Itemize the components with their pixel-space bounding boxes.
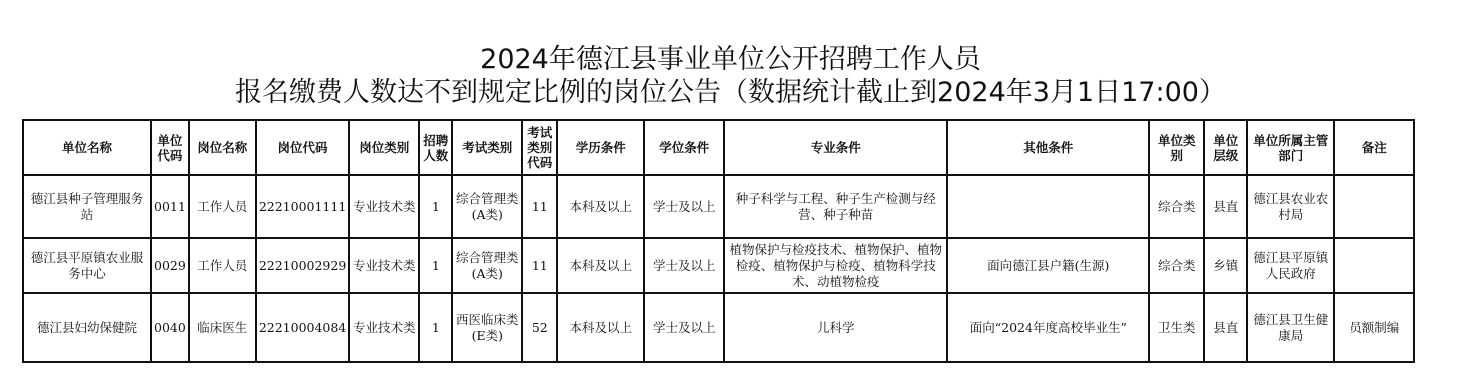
cell-post-name: 临床医生 xyxy=(189,293,256,362)
table-header-row: 单位名称 单位代码 岗位名称 岗位代码 岗位类别 招聘人数 考试类别 考试类别代… xyxy=(23,120,1414,175)
cell-education: 本科及以上 xyxy=(557,293,644,362)
cell-post-type: 专业技术类 xyxy=(349,293,419,362)
header-post-code: 岗位代码 xyxy=(256,120,349,175)
header-unit-code: 单位代码 xyxy=(151,120,189,175)
cell-unit-category: 综合类 xyxy=(1149,238,1204,293)
cell-unit-name: 德江县平原镇农业服务中心 xyxy=(23,238,151,293)
cell-department: 德江县农业农村局 xyxy=(1247,175,1334,238)
cell-major: 植物保护与检疫技术、植物保护、植物检疫、植物保护与检疫、植物科学技术、动植物检疫 xyxy=(724,238,947,293)
cell-remarks xyxy=(1334,175,1414,238)
header-exam-type-code: 考试类别代码 xyxy=(522,120,557,175)
cell-remarks xyxy=(1334,238,1414,293)
cell-unit-category: 卫生类 xyxy=(1149,293,1204,362)
header-hiring-count: 招聘人数 xyxy=(419,120,452,175)
header-post-name: 岗位名称 xyxy=(189,120,256,175)
header-department: 单位所属主管部门 xyxy=(1247,120,1334,175)
cell-other xyxy=(947,175,1149,238)
cell-post-name: 工作人员 xyxy=(189,238,256,293)
cell-degree: 学士及以上 xyxy=(644,238,724,293)
cell-unit-code: 0011 xyxy=(151,175,189,238)
cell-unit-level: 乡镇 xyxy=(1204,238,1247,293)
table-row: 德江县妇幼保健院 0040 临床医生 22210004084 专业技术类 1 西… xyxy=(23,293,1414,362)
cell-post-code: 22210001111 xyxy=(256,175,349,238)
header-remarks: 备注 xyxy=(1334,120,1414,175)
cell-hiring-count: 1 xyxy=(419,293,452,362)
cell-department: 德江县平原镇人民政府 xyxy=(1247,238,1334,293)
cell-major: 种子科学与工程、种子生产检测与经营、种子种苗 xyxy=(724,175,947,238)
header-major: 专业条件 xyxy=(724,120,947,175)
table-row: 德江县种子管理服务站 0011 工作人员 22210001111 专业技术类 1… xyxy=(23,175,1414,238)
cell-hiring-count: 1 xyxy=(419,175,452,238)
header-unit-level: 单位层级 xyxy=(1204,120,1247,175)
cell-exam-type: 综合管理类(A类) xyxy=(452,175,522,238)
cell-hiring-count: 1 xyxy=(419,238,452,293)
cell-post-code: 22210002929 xyxy=(256,238,349,293)
cell-degree: 学士及以上 xyxy=(644,175,724,238)
cell-other: 面向德江县户籍(生源) xyxy=(947,238,1149,293)
cell-exam-type: 综合管理类(A类) xyxy=(452,238,522,293)
header-exam-type: 考试类别 xyxy=(452,120,522,175)
cell-exam-type-code: 11 xyxy=(522,175,557,238)
cell-post-code: 22210004084 xyxy=(256,293,349,362)
header-unit-name: 单位名称 xyxy=(23,120,151,175)
header-degree: 学位条件 xyxy=(644,120,724,175)
cell-post-type: 专业技术类 xyxy=(349,175,419,238)
cell-major: 儿科学 xyxy=(724,293,947,362)
cell-exam-type-code: 11 xyxy=(522,238,557,293)
header-post-type: 岗位类别 xyxy=(349,120,419,175)
page-title-line1: 2024年德江县事业单位公开招聘工作人员 xyxy=(0,44,1461,76)
cell-unit-category: 综合类 xyxy=(1149,175,1204,238)
header-unit-category: 单位类别 xyxy=(1149,120,1204,175)
cell-department: 德江县卫生健康局 xyxy=(1247,293,1334,362)
cell-post-type: 专业技术类 xyxy=(349,238,419,293)
cell-degree: 学士及以上 xyxy=(644,293,724,362)
cell-remarks: 员额制编 xyxy=(1334,293,1414,362)
cell-exam-type-code: 52 xyxy=(522,293,557,362)
cell-unit-level: 县直 xyxy=(1204,175,1247,238)
cell-unit-name: 德江县种子管理服务站 xyxy=(23,175,151,238)
header-other: 其他条件 xyxy=(947,120,1149,175)
positions-table: 单位名称 单位代码 岗位名称 岗位代码 岗位类别 招聘人数 考试类别 考试类别代… xyxy=(22,119,1415,363)
header-education: 学历条件 xyxy=(557,120,644,175)
cell-education: 本科及以上 xyxy=(557,175,644,238)
cell-exam-type: 西医临床类(E类) xyxy=(452,293,522,362)
cell-unit-name: 德江县妇幼保健院 xyxy=(23,293,151,362)
cell-education: 本科及以上 xyxy=(557,238,644,293)
page-title-line2: 报名缴费人数达不到规定比例的岗位公告（数据统计截止到2024年3月1日17:00… xyxy=(0,77,1461,109)
cell-other: 面向“2024年度高校毕业生” xyxy=(947,293,1149,362)
cell-unit-code: 0040 xyxy=(151,293,189,362)
cell-unit-level: 县直 xyxy=(1204,293,1247,362)
cell-post-name: 工作人员 xyxy=(189,175,256,238)
table-row: 德江县平原镇农业服务中心 0029 工作人员 22210002929 专业技术类… xyxy=(23,238,1414,293)
cell-unit-code: 0029 xyxy=(151,238,189,293)
